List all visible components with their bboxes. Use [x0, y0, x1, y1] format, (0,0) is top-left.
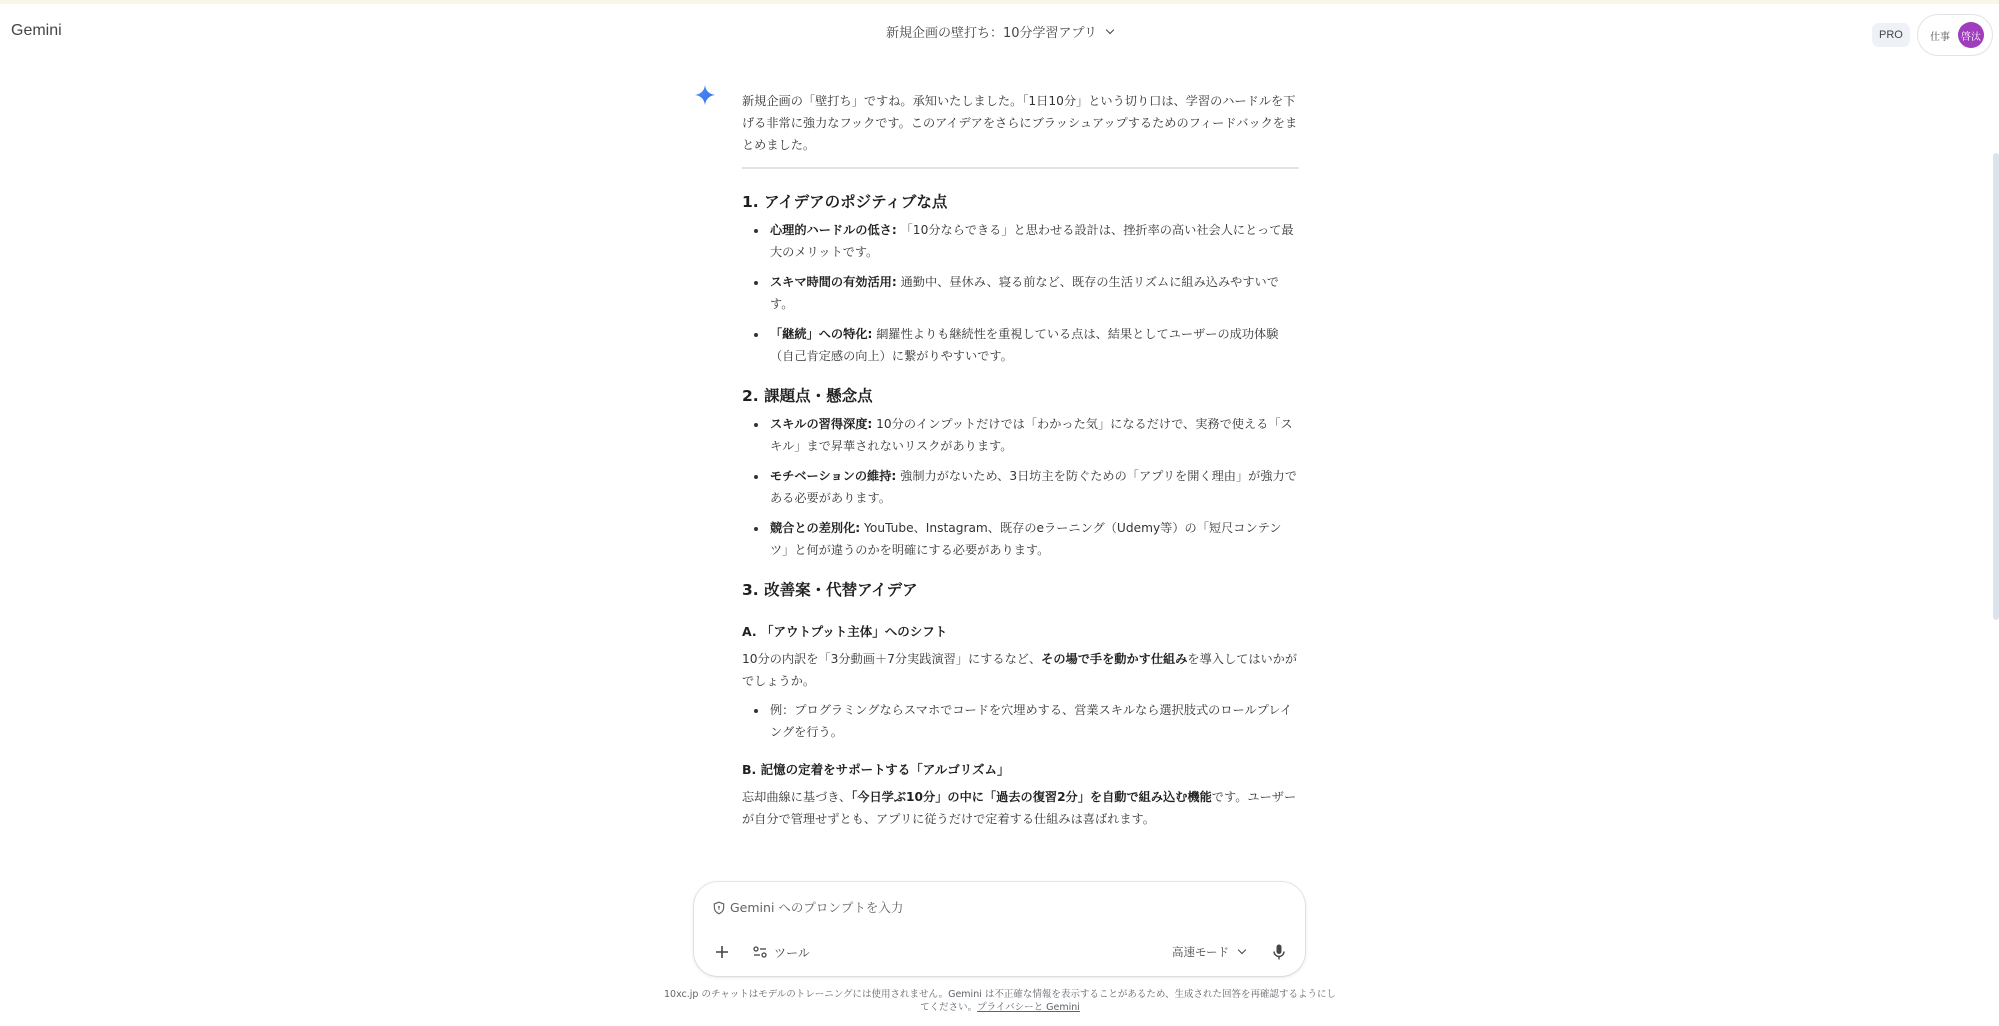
add-attachment-button[interactable] — [712, 942, 732, 962]
bullet-list: 例：プログラミングならスマホでコードを穴埋めする、営業スキルなら選択肢式のロール… — [742, 699, 1299, 743]
account-switcher[interactable]: 仕事 啓汰 — [1917, 14, 1993, 56]
tools-sliders-icon — [752, 945, 768, 959]
gemini-sparkle-icon — [694, 84, 716, 106]
conversation-title-area: 新規企画の壁打ち：10分学習アプリ — [0, 22, 1999, 41]
list-item: 「継続」への特化: 網羅性よりも継続性を重視している点は、結果としてユーザーの成… — [742, 323, 1299, 367]
mode-selector[interactable]: 高速モード — [1172, 944, 1245, 960]
bullet-list: スキルの習得深度: 10分のインプットだけでは「わかった気」になるだけで、実務で… — [742, 413, 1299, 561]
footer-disclaimer: 10xc.jp のチャットはモデルのトレーニングには使用されません。Gemini… — [660, 988, 1340, 1014]
section-positives: 1. アイデアのポジティブな点 心理的ハードルの低さ: 「10分ならできる」と思… — [742, 189, 1299, 367]
list-item: モチベーションの維持: 強制力がないため、3日坊主を防ぐための「アプリを開く理由… — [742, 465, 1299, 509]
plus-icon — [715, 945, 729, 959]
list-item: 競合との差別化: YouTube、Instagram、既存のeラーニング（Ude… — [742, 517, 1299, 561]
plan-badge[interactable]: PRO — [1872, 23, 1910, 47]
model-response: 新規企画の「壁打ち」ですね。承知いたしました。「1日10分」という切り口は、学習… — [742, 90, 1299, 837]
microphone-icon — [1273, 944, 1285, 960]
chevron-down-icon — [1106, 25, 1114, 33]
bullet-list: 心理的ハードルの低さ: 「10分ならできる」と思わせる設計は、挫折率の高い社会人… — [742, 219, 1299, 367]
privacy-link[interactable]: プライバシーと Gemini — [977, 1002, 1080, 1013]
list-item: スキマ時間の有効活用: 通勤中、昼休み、寝る前など、既存の生活リズムに組み込みや… — [742, 271, 1299, 315]
top-bar: Gemini 新規企画の壁打ち：10分学習アプリ PRO 仕事 啓汰 — [0, 4, 1999, 62]
subsection-heading: A. 「アウトプット主体」へのシフト — [742, 621, 1299, 643]
paragraph: 10分の内訳を「3分動画＋7分実践演習」にするなど、その場で手を動かす仕組みを導… — [742, 648, 1299, 692]
chevron-down-icon — [1238, 946, 1246, 954]
prompt-composer: ツール 高速モード — [694, 882, 1305, 976]
tools-label: ツール — [774, 944, 810, 961]
mode-label: 高速モード — [1172, 944, 1229, 960]
scrollbar-thumb[interactable] — [1993, 153, 1999, 620]
account-label: 仕事 — [1930, 28, 1950, 43]
conversation-title-button[interactable]: 新規企画の壁打ち：10分学習アプリ — [886, 22, 1113, 41]
list-item: 心理的ハードルの低さ: 「10分ならできる」と思わせる設計は、挫折率の高い社会人… — [742, 219, 1299, 263]
avatar[interactable]: 啓汰 — [1958, 22, 1984, 48]
prompt-input[interactable] — [730, 900, 1230, 915]
subsection-heading: B. 記憶の定着をサポートする「アルゴリズム」 — [742, 759, 1299, 781]
section-concerns: 2. 課題点・懸念点 スキルの習得深度: 10分のインプットだけでは「わかった気… — [742, 383, 1299, 561]
section-heading: 3. 改善案・代替アイデア — [742, 577, 1299, 603]
divider — [742, 167, 1299, 169]
paragraph: 忘却曲線に基づき、「今日学ぶ10分」の中に「過去の復習2分」を自動で組み込む機能… — [742, 786, 1299, 830]
shield-icon — [712, 901, 726, 915]
response-intro: 新規企画の「壁打ち」ですね。承知いたしました。「1日10分」という切り口は、学習… — [742, 90, 1299, 156]
conversation-title: 新規企画の壁打ち：10分学習アプリ — [886, 22, 1097, 41]
section-heading: 2. 課題点・懸念点 — [742, 383, 1299, 409]
section-heading: 1. アイデアのポジティブな点 — [742, 189, 1299, 215]
microphone-button[interactable] — [1271, 942, 1287, 962]
prompt-row — [712, 900, 1230, 915]
list-item: スキルの習得深度: 10分のインプットだけでは「わかった気」になるだけで、実務で… — [742, 413, 1299, 457]
list-item: 例：プログラミングならスマホでコードを穴埋めする、営業スキルなら選択肢式のロール… — [742, 699, 1299, 743]
tools-button[interactable]: ツール — [752, 944, 810, 961]
section-improvements: 3. 改善案・代替アイデア A. 「アウトプット主体」へのシフト 10分の内訳を… — [742, 577, 1299, 830]
composer-toolbar: ツール 高速モード — [712, 940, 1287, 964]
